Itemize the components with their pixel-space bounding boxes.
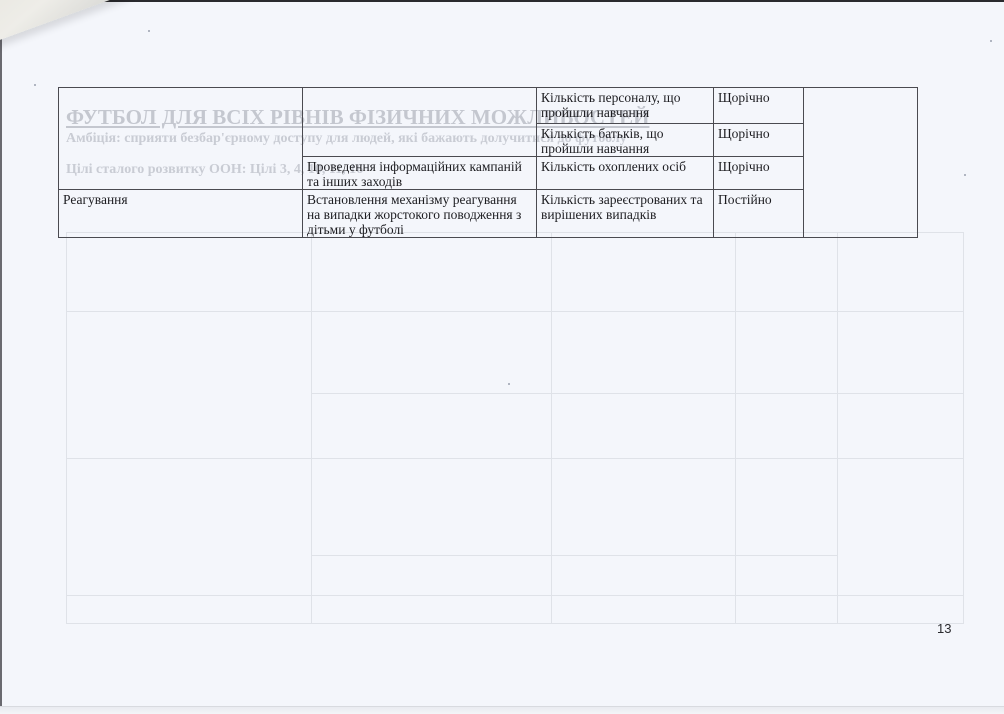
indicator-cell: Кількість зареєстрованих та вирішених ви… — [537, 190, 714, 238]
indicator-cell: Кількість охоплених осіб — [537, 157, 714, 190]
activity-cell: Проведення інформаційних кампаній та інш… — [303, 157, 537, 190]
table-row: Реагування Встановлення механізму реагув… — [59, 190, 918, 238]
note-cell — [804, 88, 918, 238]
scan-bottom-edge — [0, 706, 1004, 714]
page-number: 13 — [937, 621, 951, 636]
scan-speck — [990, 40, 992, 42]
bleed-through-table — [66, 232, 964, 624]
activity-cell — [303, 88, 537, 157]
term-cell: Щорічно — [714, 88, 804, 124]
activity-cell: Встановлення механізму реагування на вип… — [303, 190, 537, 238]
term-cell: Постійно — [714, 190, 804, 238]
folded-page-corner — [0, 0, 125, 46]
term-cell: Щорічно — [714, 124, 804, 157]
indicator-cell: Кількість батьків, що пройшли навчання — [537, 124, 714, 157]
scan-speck — [148, 30, 150, 32]
table-row: Кількість персоналу, що пройшли навчання… — [59, 88, 918, 124]
measures-table: Кількість персоналу, що пройшли навчання… — [58, 87, 918, 238]
indicator-cell: Кількість персоналу, що пройшли навчання — [537, 88, 714, 124]
term-cell: Щорічно — [714, 157, 804, 190]
scan-speck — [34, 84, 36, 86]
scan-top-edge — [0, 0, 1004, 2]
scan-speck — [964, 174, 966, 176]
scan-speck — [508, 383, 510, 385]
scan-left-edge — [0, 0, 2, 714]
area-cell: Реагування — [59, 190, 303, 238]
area-cell — [59, 88, 303, 190]
